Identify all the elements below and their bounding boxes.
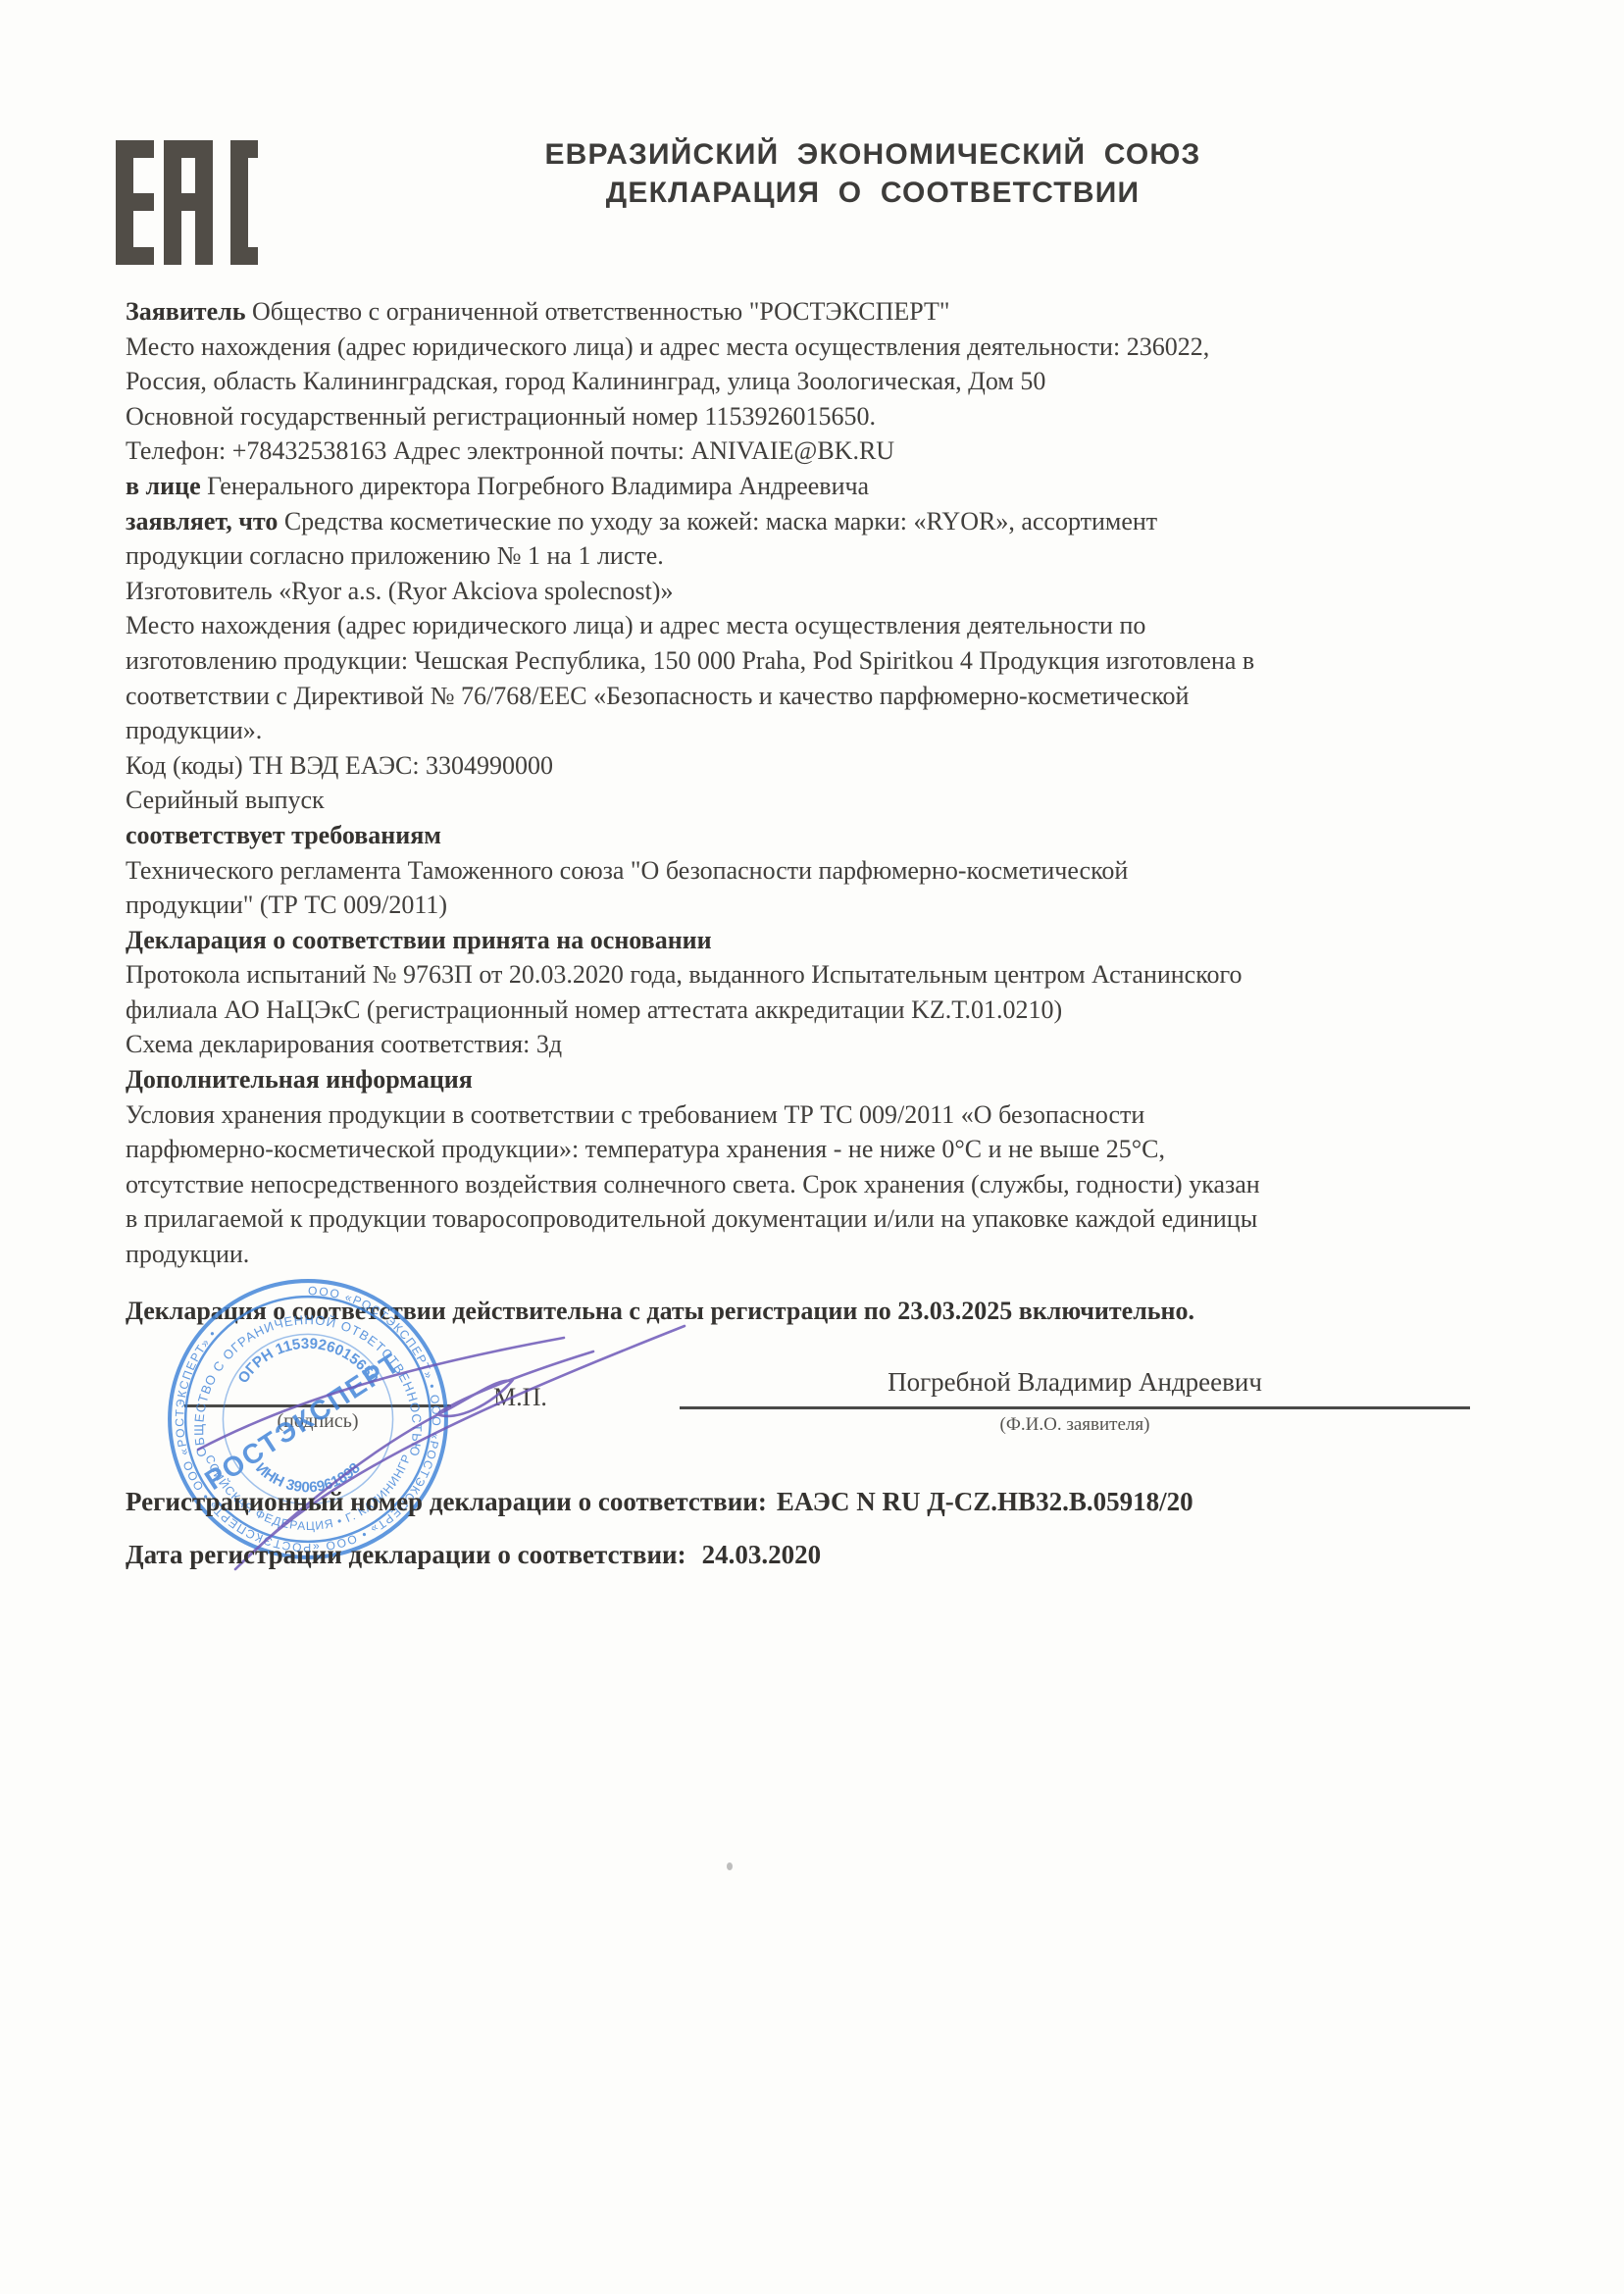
name-caption: (Ф.И.О. заявителя) bbox=[680, 1414, 1470, 1436]
eac-mark-icon bbox=[116, 139, 258, 266]
declaration-page: ЕВРАЗИЙСКИЙ ЭКОНОМИЧЕСКИЙ СОЮЗ ДЕКЛАРАЦИ… bbox=[0, 0, 1624, 2294]
name-line bbox=[680, 1406, 1470, 1409]
text-line: продукции». bbox=[126, 713, 1498, 748]
text-line: Технического регламента Таможенного союз… bbox=[126, 853, 1498, 889]
text-line: парфюмерно-косметической продукции»: тем… bbox=[126, 1132, 1498, 1167]
registration-number-label: Регистрационный номер декларации о соотв… bbox=[126, 1487, 767, 1516]
scan-speck bbox=[727, 1862, 733, 1870]
text-line: Декларация о соответствии принята на осн… bbox=[126, 923, 1498, 958]
registration-date-value: 24.03.2020 bbox=[702, 1540, 822, 1569]
text-line: отсутствие непосредственного воздействия… bbox=[126, 1167, 1498, 1202]
registration-number-value: ЕАЭС N RU Д-CZ.НВ32.В.05918/20 bbox=[777, 1487, 1193, 1516]
text-line: Основной государственный регистрационный… bbox=[126, 399, 1498, 434]
text-line: соответствии с Директивой № 76/768/ЕЕС «… bbox=[126, 679, 1498, 714]
title-declaration: ДЕКЛАРАЦИЯ О СООТВЕТСТВИИ bbox=[422, 174, 1324, 212]
text-line: соответствует требованиям bbox=[126, 818, 1498, 853]
text-line: Схема декларирования соответствия: 3д bbox=[126, 1027, 1498, 1062]
registration-number-line: Регистрационный номер декларации о соотв… bbox=[126, 1487, 1548, 1517]
document-title: ЕВРАЗИЙСКИЙ ЭКОНОМИЧЕСКИЙ СОЮЗ ДЕКЛАРАЦИ… bbox=[422, 135, 1324, 212]
text-line: изготовлению продукции: Чешская Республи… bbox=[126, 643, 1498, 679]
declaration-body: Заявитель Общество с ограниченной ответс… bbox=[126, 294, 1498, 1272]
text-line: Дополнительная информация bbox=[126, 1062, 1498, 1097]
text-line: Изготовитель «Ryor a.s. (Ryor Akciova sp… bbox=[126, 574, 1498, 609]
registration-date-label: Дата регистрации декларации о соответств… bbox=[126, 1540, 686, 1569]
text-line: продукции. bbox=[126, 1237, 1498, 1272]
text-line: Протокола испытаний № 9763П от 20.03.202… bbox=[126, 957, 1498, 993]
text-line: Место нахождения (адрес юридического лиц… bbox=[126, 330, 1498, 365]
text-line: Серийный выпуск bbox=[126, 783, 1498, 818]
text-line: Условия хранения продукции в соответстви… bbox=[126, 1097, 1498, 1133]
text-line: филиала АО НаЦЭкС (регистрационный номер… bbox=[126, 993, 1498, 1028]
text-line: заявляет, что Средства косметические по … bbox=[126, 504, 1498, 539]
text-line: Россия, область Калининградская, город К… bbox=[126, 364, 1498, 399]
text-line: Место нахождения (адрес юридического лиц… bbox=[126, 608, 1498, 643]
text-line: в лице Генерального директора Погребного… bbox=[126, 469, 1498, 504]
text-line: Заявитель Общество с ограниченной ответс… bbox=[126, 294, 1498, 330]
text-line: в прилагаемой к продукции товаросопровод… bbox=[126, 1201, 1498, 1237]
registration-date-line: Дата регистрации декларации о соответств… bbox=[126, 1540, 1548, 1570]
text-line: Телефон: +78432538163 Адрес электронной … bbox=[126, 433, 1498, 469]
applicant-name: Погребной Владимир Андреевич bbox=[680, 1367, 1470, 1398]
text-line: Код (коды) ТН ВЭД ЕАЭС: 3304990000 bbox=[126, 748, 1498, 784]
title-union: ЕВРАЗИЙСКИЙ ЭКОНОМИЧЕСКИЙ СОЮЗ bbox=[422, 135, 1324, 174]
text-line: продукции согласно приложению № 1 на 1 л… bbox=[126, 538, 1498, 574]
text-line: продукции" (ТР ТС 009/2011) bbox=[126, 888, 1498, 923]
